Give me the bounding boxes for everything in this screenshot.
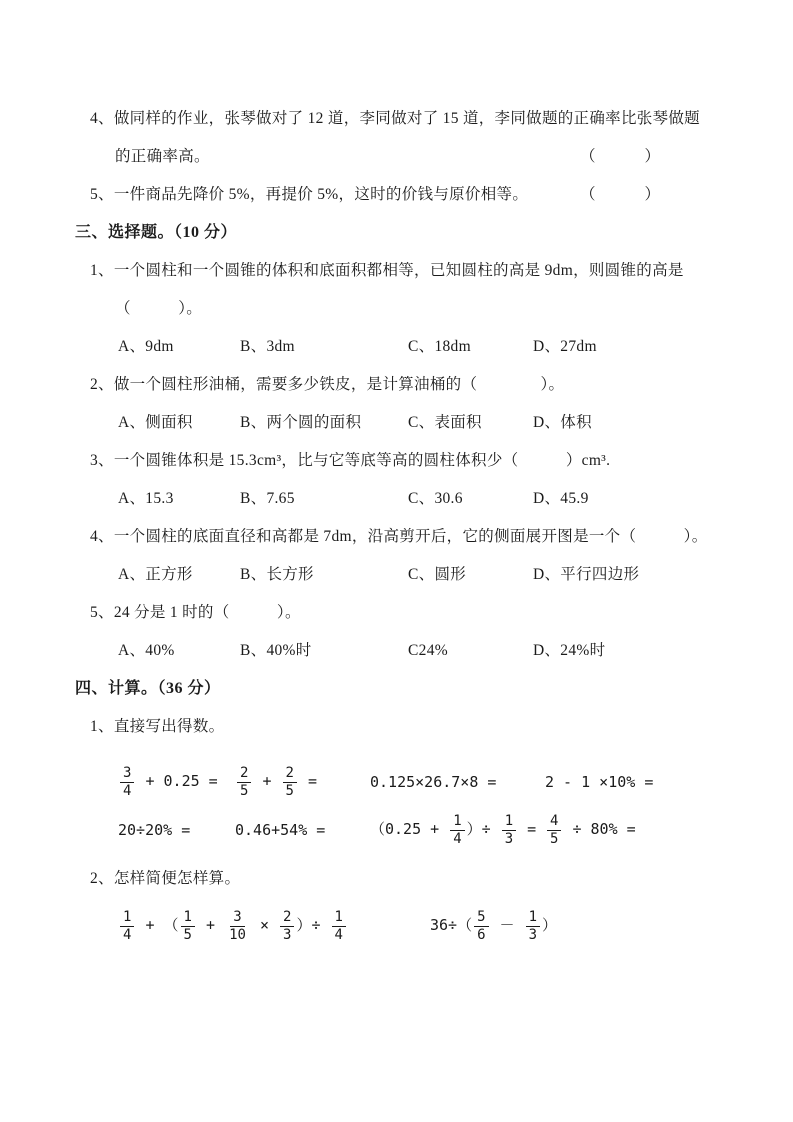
option-a: A、9dm: [118, 328, 240, 366]
fraction: 14: [120, 909, 134, 942]
option-a: A、15.3: [118, 480, 240, 518]
choice-q1-line2: （ ）。: [75, 290, 738, 328]
answer-bracket: （ ）: [580, 176, 666, 214]
judge-item-5: 5、一件商品先降价 5%，再提价 5%，这时的价钱与原价相等。 （ ）: [75, 176, 738, 214]
math-expression: 14 + （15 + 310 × 23）÷ 14: [118, 909, 430, 942]
choice-q3-options: A、15.3 B、7.65 C、30.6 D、45.9: [75, 480, 738, 518]
judge-item-4-line1: 4、做同样的作业，张琴做对了 12 道，李同做对了 15 道，李同做题的正确率比…: [75, 100, 738, 138]
choice-q1-line1: 1、一个圆柱和一个圆锥的体积和底面积都相等，已知圆柱的高是 9dm，则圆锥的高是: [75, 252, 738, 290]
math-text: 36÷（: [430, 917, 472, 935]
math-text: +: [253, 773, 280, 791]
math-expression: 25 + 25 =: [235, 765, 370, 798]
option-c: C、圆形: [408, 556, 533, 594]
math-text: 20÷20% =: [118, 821, 190, 839]
option-b: B、两个圆的面积: [240, 404, 408, 442]
math-text: + 0.25 =: [136, 773, 217, 791]
math-text: =: [299, 773, 317, 791]
math-text: +: [197, 917, 224, 935]
math-expression: 0.46+54% =: [235, 821, 370, 839]
section-calc-heading: 四、计算。（36 分）: [75, 670, 738, 708]
fraction: 25: [283, 765, 297, 798]
math-text: =: [518, 821, 536, 839]
choice-q5-options: A、40% B、40%时 C24% D、24%时: [75, 632, 738, 670]
calc-sub2-heading: 2、怎样简便怎样算。: [75, 860, 738, 898]
fraction: 13: [502, 813, 516, 846]
option-c: C、30.6: [408, 480, 533, 518]
math-text: + （: [136, 917, 178, 935]
judge-item-4-line2-text: 的正确率高。: [115, 148, 210, 165]
fraction: 56: [474, 909, 488, 942]
fraction: 45: [547, 813, 561, 846]
choice-q4-line1: 4、一个圆柱的底面直径和高都是 7dm，沿高剪开后，它的侧面展开图是一个（ ）。: [75, 518, 738, 556]
option-c: C、18dm: [408, 328, 533, 366]
exam-page: 4、做同样的作业，张琴做对了 12 道，李同做对了 15 道，李同做题的正确率比…: [0, 0, 793, 1122]
option-b: B、7.65: [240, 480, 408, 518]
option-c: C24%: [408, 632, 533, 670]
fraction: 310: [226, 909, 249, 942]
option-a: A、侧面积: [118, 404, 240, 442]
option-c: C、表面积: [408, 404, 533, 442]
option-b: B、40%时: [240, 632, 408, 670]
option-a: A、40%: [118, 632, 240, 670]
choice-q3-line1: 3、一个圆锥体积是 15.3cm³，比与它等底等高的圆柱体积少（ ）cm³.: [75, 442, 738, 480]
math-text: 0.46+54% =: [235, 821, 325, 839]
option-d: D、平行四边形: [533, 556, 738, 594]
math-expression: 34 + 0.25 =: [118, 765, 235, 798]
calc-direct-row1: 34 + 0.25 = 25 + 25 = 0.125×26.7×8 = 2 -…: [75, 758, 738, 806]
choice-q4-options: A、正方形 B、长方形 C、圆形 D、平行四边形: [75, 556, 738, 594]
fraction: 15: [181, 909, 195, 942]
choice-q1-options: A、9dm B、3dm C、18dm D、27dm: [75, 328, 738, 366]
fraction: 13: [526, 909, 540, 942]
option-d: D、体积: [533, 404, 738, 442]
choice-q2-line1: 2、做一个圆柱形油桶，需要多少铁皮，是计算油桶的（ ）。: [75, 366, 738, 404]
choice-q5-line1: 5、24 分是 1 时的（ ）。: [75, 594, 738, 632]
math-text: －: [491, 917, 524, 935]
option-b: B、3dm: [240, 328, 408, 366]
fraction: 23: [280, 909, 294, 942]
option-d: D、45.9: [533, 480, 738, 518]
calc-sub1-heading: 1、直接写出得数。: [75, 708, 738, 746]
math-expression: （0.25 + 14）÷ 13 =: [370, 813, 545, 846]
math-text: 2 - 1 ×10% =: [545, 773, 653, 791]
math-expression: 36÷（56 － 13）: [430, 909, 738, 942]
choice-q2-options: A、侧面积 B、两个圆的面积 C、表面积 D、体积: [75, 404, 738, 442]
judge-item-4-line2: 的正确率高。 （ ）: [75, 138, 738, 176]
fraction: 14: [332, 909, 346, 942]
fraction: 14: [450, 813, 464, 846]
option-d: D、24%时: [533, 632, 738, 670]
math-text: ）÷: [467, 821, 500, 839]
math-text: ×: [251, 917, 278, 935]
fraction: 25: [237, 765, 251, 798]
judge-item-5-text: 5、一件商品先降价 5%，再提价 5%，这时的价钱与原价相等。: [90, 186, 528, 203]
fraction: 34: [120, 765, 134, 798]
math-text: ）÷: [296, 917, 329, 935]
math-expression: 45 ÷ 80% =: [545, 813, 738, 846]
calc-direct-row2: 20÷20% = 0.46+54% = （0.25 + 14）÷ 13 = 45…: [75, 806, 738, 854]
math-expression: 20÷20% =: [118, 821, 235, 839]
option-b: B、长方形: [240, 556, 408, 594]
option-d: D、27dm: [533, 328, 738, 366]
math-expression: 2 - 1 ×10% =: [545, 773, 738, 791]
math-text: ÷ 80% =: [563, 821, 635, 839]
option-a: A、正方形: [118, 556, 240, 594]
section-choice-heading: 三、选择题。（10 分）: [75, 214, 738, 252]
answer-bracket: （ ）: [580, 138, 666, 176]
math-text: 0.125×26.7×8 =: [370, 773, 496, 791]
math-text: （0.25 +: [370, 821, 448, 839]
math-text: ）: [542, 917, 557, 935]
math-expression: 0.125×26.7×8 =: [370, 773, 545, 791]
calc-simplify-row: 14 + （15 + 310 × 23）÷ 14 36÷（56 － 13）: [75, 898, 738, 954]
